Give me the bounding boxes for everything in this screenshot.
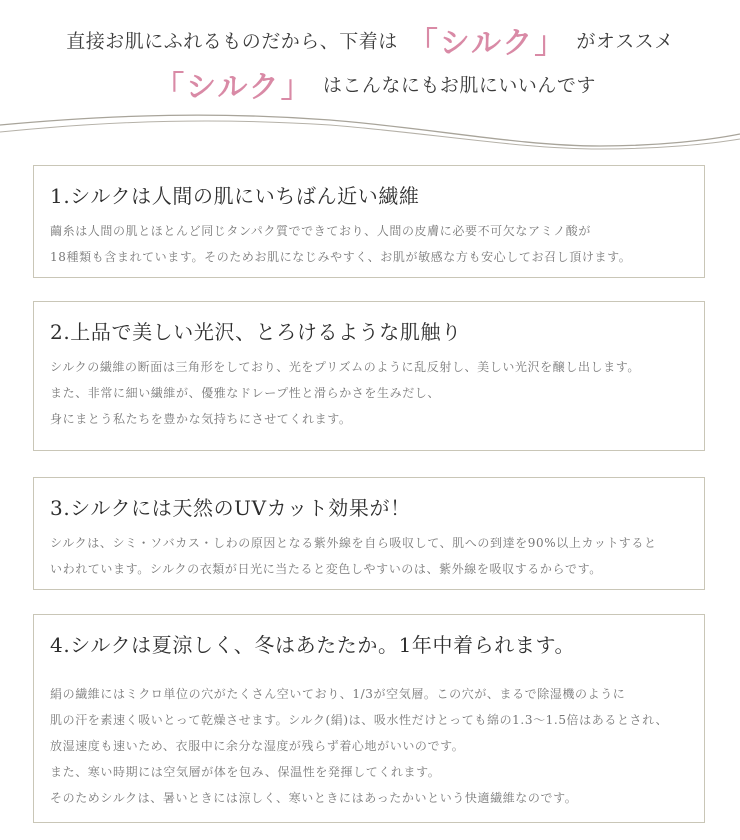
section-body-line: また、寒い時期には空気層が体を包み、保温性を発揮してくれます。 bbox=[50, 759, 694, 785]
section-title: 3.シルクには天然のUVカット効果が！ bbox=[50, 492, 411, 521]
section-body-line: また、非常に細い繊維が、優雅なドレープ性と滑らかさを生みだし、 bbox=[50, 380, 694, 406]
section-body: 絹の繊維にはミクロ単位の穴がたくさん空いており、1/3が空気層。この穴が、まるで… bbox=[50, 681, 694, 811]
section-body-line: いわれています。シルクの衣類が日光に当たると変色しやすいのは、紫外線を吸収するか… bbox=[50, 556, 694, 582]
section-body: シルクは、シミ・ソバカス・しわの原因となる紫外線を自ら吸収して、肌への到達を90… bbox=[50, 530, 694, 582]
section-box-uv-cut: 3.シルクには天然のUVカット効果が！ シルクは、シミ・ソバカス・しわの原因とな… bbox=[33, 477, 705, 590]
section-body-line: シルクは、シミ・ソバカス・しわの原因となる紫外線を自ら吸収して、肌への到達を90… bbox=[50, 530, 694, 556]
section-body-line: 繭糸は人間の肌とほとんど同じタンパク質でできており、人間の皮膚に必要不可欠なアミ… bbox=[50, 218, 694, 244]
headline-1-silk-highlight: 「シルク」 bbox=[408, 26, 567, 61]
section-body: シルクの繊維の断面は三角形をしており、光をプリズムのように乱反射し、美しい光沢を… bbox=[50, 354, 694, 432]
decorative-wave-divider bbox=[0, 108, 740, 158]
headline-2-text-after: はこんなにもお肌にいいんです bbox=[323, 75, 596, 97]
section-body-line: 絹の繊維にはミクロ単位の穴がたくさん空いており、1/3が空気層。この穴が、まるで… bbox=[50, 681, 694, 707]
section-body: 繭糸は人間の肌とほとんど同じタンパク質でできており、人間の皮膚に必要不可欠なアミ… bbox=[50, 218, 694, 270]
section-body-line: 18種類も含まれています。そのためお肌になじみやすく、お肌が敏感な方も安心してお… bbox=[50, 244, 694, 270]
headline-1-text-before: 直接お肌にふれるものだから、下着は bbox=[66, 31, 398, 53]
section-body-line: シルクの繊維の断面は三角形をしており、光をプリズムのように乱反射し、美しい光沢を… bbox=[50, 354, 694, 380]
section-title: 2.上品で美しい光沢、とろけるような肌触り bbox=[50, 316, 462, 345]
section-title: 1.シルクは人間の肌にいちばん近い繊維 bbox=[50, 180, 420, 209]
section-box-all-season: 4.シルクは夏涼しく、冬はあたたか。1年中着られます。 絹の繊維にはミクロ単位の… bbox=[33, 614, 705, 823]
section-title: 4.シルクは夏涼しく、冬はあたたか。1年中着られます。 bbox=[50, 629, 575, 658]
headline-2-silk-highlight: 「シルク」 bbox=[154, 70, 313, 105]
headline-line-1: 直接お肌にふれるものだから、下着は「シルク」がオススメ bbox=[0, 18, 740, 62]
section-body-line: 身にまとう私たちを豊かな気持ちにさせてくれます。 bbox=[50, 406, 694, 432]
headline-1-text-after: がオススメ bbox=[576, 31, 673, 53]
section-body-line: 肌の汗を素速く吸いとって乾燥させます。シルク(絹)は、吸水性だけとっても綿の1.… bbox=[50, 707, 694, 733]
headline-line-2: 「シルク」はこんなにもお肌にいいんです bbox=[0, 62, 740, 106]
section-box-luster-and-touch: 2.上品で美しい光沢、とろけるような肌触り シルクの繊維の断面は三角形をしており… bbox=[33, 301, 705, 451]
section-box-silk-close-to-skin: 1.シルクは人間の肌にいちばん近い繊維 繭糸は人間の肌とほとんど同じタンパク質で… bbox=[33, 165, 705, 278]
section-body-line: 放湿速度も速いため、衣服中に余分な湿度が残らず着心地がいいのです。 bbox=[50, 733, 694, 759]
section-body-line: そのためシルクは、暑いときには涼しく、寒いときにはあったかいという快適繊維なので… bbox=[50, 785, 694, 811]
